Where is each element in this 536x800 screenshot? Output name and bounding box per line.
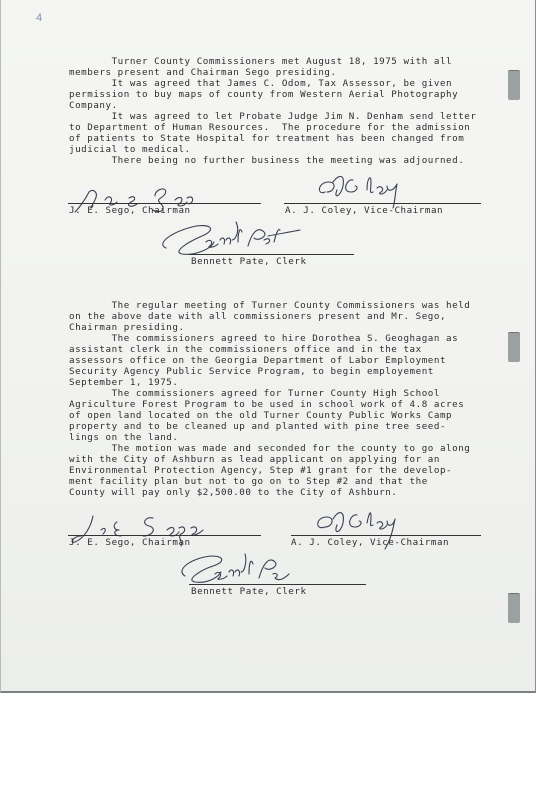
minutes-2-line: The commissioners agreed for Turner Coun… (69, 388, 509, 399)
signature-line-chairman (68, 203, 261, 204)
minutes-1-line: permission to buy maps of county from We… (69, 89, 509, 100)
document-page: 4 Turner County Commissioners met August… (0, 0, 536, 693)
minutes-1-line: Turner County Commissioners met August 1… (69, 56, 509, 67)
signature-line-vice-chairman (291, 535, 481, 536)
clerk-label: Bennett Pate, Clerk (191, 586, 307, 597)
minutes-2-line: assistant clerk in the commissioners off… (69, 344, 509, 355)
signature-line-clerk (189, 254, 354, 255)
minutes-1-line: It was agreed that James C. Odom, Tax As… (69, 78, 509, 89)
minutes-2-line: The motion was made and seconded for the… (69, 443, 509, 454)
minutes-2-line: assessors office on the Georgia Departme… (69, 355, 509, 366)
chairman-label: J. E. Sego, Chairman (69, 205, 191, 216)
page-number: 4 (36, 12, 42, 24)
binder-tab (508, 593, 520, 623)
minutes-2-line: ment facility plan but not to go on to S… (69, 476, 509, 487)
minutes-2-line: Agriculture Forest Program to be used in… (69, 399, 509, 410)
minutes-2-line: September 1, 1975. (69, 377, 509, 388)
minutes-1-line: Company. (69, 100, 509, 111)
chairman-label: J. E. Sego, Chairman (69, 537, 191, 548)
minutes-2-line: property and to be cleaned up and plante… (69, 421, 509, 432)
minutes-2-line: lings on the land. (69, 432, 509, 443)
signature-line-clerk (189, 584, 366, 585)
minutes-1-line: of patients to State Hospital for treatm… (69, 133, 509, 144)
minutes-2-line: The commissioners agreed to hire Dorothe… (69, 333, 509, 344)
vice-chairman-label: A. J. Coley, Vice-Chairman (291, 537, 449, 548)
binder-tab (508, 332, 520, 362)
minutes-1-line: judicial to medical. (69, 144, 509, 155)
minutes-2-line: County will pay only $2,500.00 to the Ci… (69, 487, 509, 498)
minutes-2-line: The regular meeting of Turner County Com… (69, 300, 509, 311)
minutes-2-line: Security Agency Public Service Program, … (69, 366, 509, 377)
minutes-1-line: members present and Chairman Sego presid… (69, 67, 509, 78)
minutes-1-line: to Department of Human Resources. The pr… (69, 122, 509, 133)
vice-chairman-label: A. J. Coley, Vice-Chairman (285, 205, 443, 216)
minutes-2-line: Environmental Protection Agency, Step #1… (69, 465, 509, 476)
minutes-1-line: It was agreed to let Probate Judge Jim N… (69, 111, 509, 122)
binder-tab (508, 70, 520, 100)
signature-line-chairman (68, 535, 261, 536)
minutes-2-line: with the City of Ashburn as lead applica… (69, 454, 509, 465)
minutes-2-line: Chairman presiding. (69, 322, 509, 333)
minutes-1-line: There being no further business the meet… (69, 155, 509, 166)
minutes-2-line: on the above date with all commissioners… (69, 311, 509, 322)
minutes-2-line: of open land located on the old Turner C… (69, 410, 509, 421)
clerk-label: Bennett Pate, Clerk (191, 256, 307, 267)
signature-line-vice-chairman (284, 203, 481, 204)
